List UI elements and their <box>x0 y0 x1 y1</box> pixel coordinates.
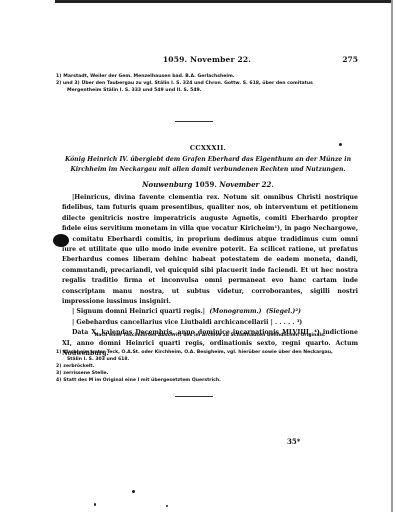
footnote-text: Kirchheim unter Teck, O.A.St. oder Kirch… <box>63 350 332 355</box>
footnote-text-continued: Mergentheim Stälin I. S. 333 und 549 und… <box>56 87 360 94</box>
footnote: 1)Kirchheim unter Teck, O.A.St. oder Kir… <box>56 349 360 363</box>
footnote-text: Marstadt, Weiler der Gem. Menzelhausen b… <box>63 74 234 79</box>
monogram-note: (Monogramm.) <box>209 308 261 315</box>
footnote-number: 4) <box>56 378 61 383</box>
footnote: 2)zerbröckelt. <box>56 363 360 370</box>
document-page: 1059. November 22. 275 1)Marstadt, Weile… <box>0 0 396 512</box>
separator-rule <box>175 396 213 397</box>
running-title: 1059. November 22. <box>56 55 358 64</box>
footnote-number: 1) <box>56 74 61 79</box>
footnote-number: 2) <box>56 364 61 369</box>
scan-speck <box>166 505 168 507</box>
signum-line: | Signum domni Heinrici quarti regis.| (… <box>62 307 358 317</box>
footnote-number: 2) und 3) <box>56 81 80 86</box>
place-date: Nouwenburg 1059. November 22. <box>56 180 360 189</box>
page-number: 275 <box>342 55 358 64</box>
running-head: 1059. November 22. 275 <box>56 55 358 67</box>
separator-rule <box>175 121 213 122</box>
place: Nouwenburg <box>142 180 192 189</box>
sheet-signature-mark: 35* <box>287 437 300 446</box>
scan-speck <box>94 503 96 506</box>
footnote-text: zerbröckelt. <box>63 364 94 369</box>
year: 1059. <box>195 180 217 189</box>
scan-speck <box>132 490 135 493</box>
regest-line: König Heinrich IV. übergiebt dem Grafen … <box>56 155 360 165</box>
regest: König Heinrich IV. übergiebt dem Grafen … <box>56 155 360 175</box>
document-number: CCXXXII. <box>56 144 360 152</box>
footnote-text: Über den Taubergau zu vgl. Stälin I. S. … <box>82 81 313 86</box>
month-day: November 22. <box>219 180 274 189</box>
signum-text: | Signum domni Heinrici quarti regis.| <box>72 308 205 315</box>
footnote: 3)zerrissene Stelle. <box>56 370 360 377</box>
seal-note: (Siegel.)²) <box>266 308 301 315</box>
footnotes-top: 1)Marstadt, Weiler der Gem. Menzelhausen… <box>56 73 360 94</box>
charter-paragraph: |Heinricus, divina favente clementia rex… <box>62 193 358 307</box>
footnote-text-continued: Stälin I. S. 303 und 618. <box>56 356 360 363</box>
footnote-number: 3) <box>56 371 61 376</box>
footnote-number: 1) <box>56 350 61 355</box>
footnote-text: zerrissene Stelle. <box>63 371 108 376</box>
ink-blot <box>53 234 69 247</box>
source-note: Nach einer fascimilirten Abschrift des i… <box>62 333 358 338</box>
footnote-text: Statt des M im Original eine I mit überg… <box>63 378 221 383</box>
footnote: 4)Statt des M im Original eine I mit übe… <box>56 377 360 384</box>
scan-speck <box>339 143 342 146</box>
footnote: 1)Marstadt, Weiler der Gem. Menzelhausen… <box>56 73 360 80</box>
regest-line: Kirchheim im Neckargau mit allen damit v… <box>56 165 360 175</box>
footnote: 2) und 3)Über den Taubergau zu vgl. Stäl… <box>56 80 360 94</box>
footnotes-bottom: 1)Kirchheim unter Teck, O.A.St. oder Kir… <box>56 349 360 384</box>
chancellor-line: | Gebehardus cancellarius vice Liutbaldi… <box>62 318 358 328</box>
